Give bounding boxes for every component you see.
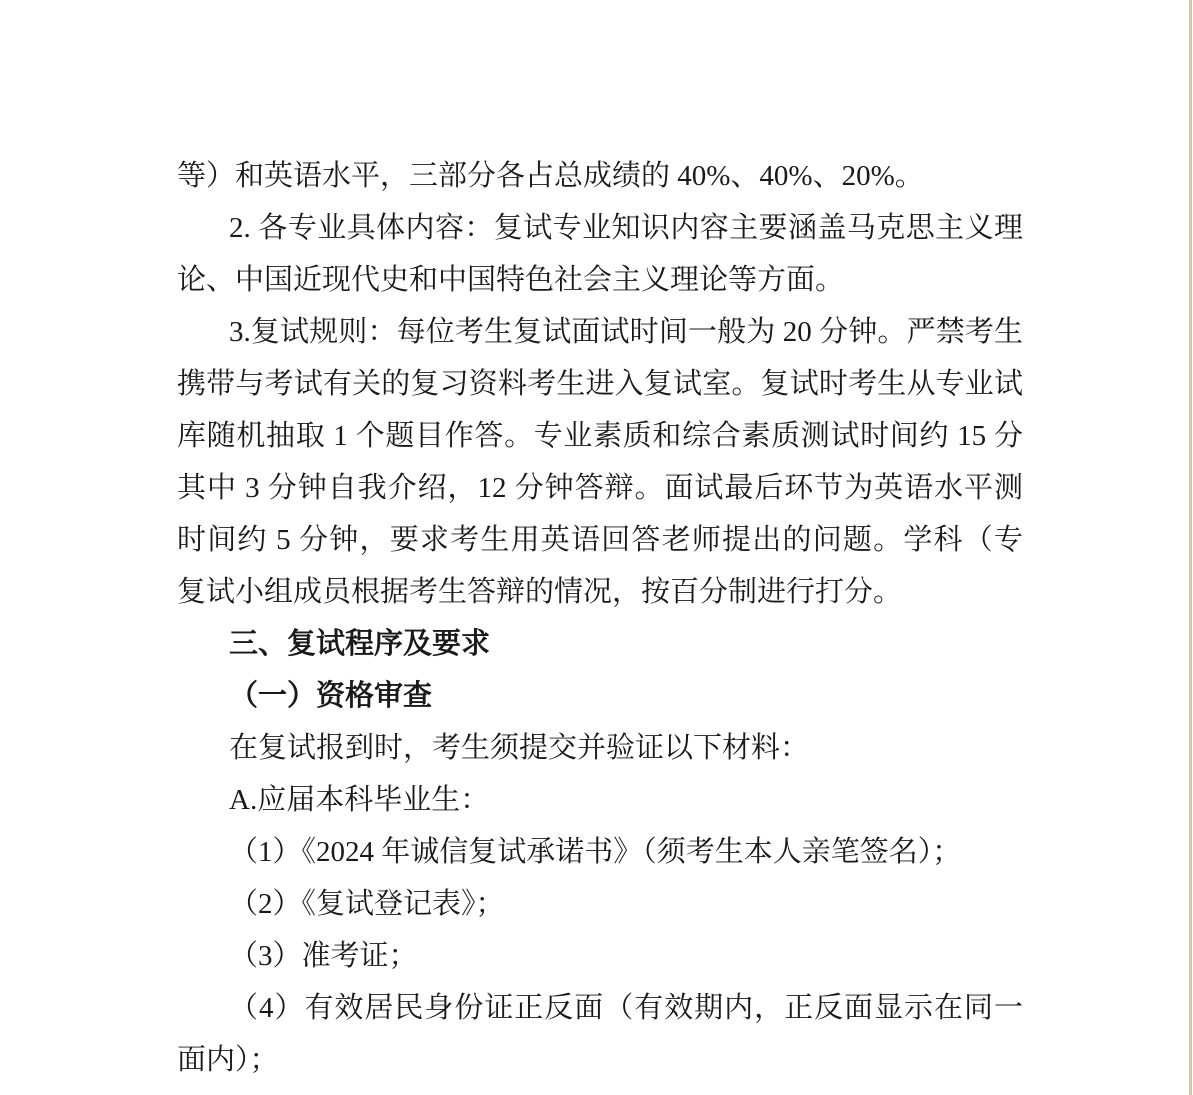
- list-item: （2）《复试登记表》；: [177, 878, 1023, 930]
- document-line: 复试小组成员根据考生答辩的情况，按百分制进行打分。: [177, 566, 1023, 618]
- document-line: 论、中国近现代史和中国特色社会主义理论等方面。: [177, 254, 1023, 306]
- section-heading: 三、复试程序及要求: [177, 618, 1023, 670]
- list-item: （1）《2024 年诚信复试承诺书》（须考生本人亲笔签名）；: [177, 826, 1023, 878]
- document-text-block: 等）和英语水平，三部分各占总成绩的 40%、40%、20%。 2. 各专业具体内…: [177, 150, 1023, 1086]
- document-line: 3.复试规则：每位考生复试面试时间一般为 20 分钟。严禁考生: [177, 306, 1023, 358]
- document-line: 2. 各专业具体内容：复试专业知识内容主要涵盖马克思主义理: [177, 202, 1023, 254]
- subsection-heading: （一）资格审查: [177, 670, 1023, 722]
- document-line: 在复试报到时，考生须提交并验证以下材料：: [177, 722, 1023, 774]
- list-item: （3）准考证；: [177, 930, 1023, 982]
- page-right-edge-line: [1189, 0, 1192, 1095]
- document-line: 等）和英语水平，三部分各占总成绩的 40%、40%、20%。: [177, 150, 1023, 202]
- document-line: 携带与考试有关的复习资料考生进入复试室。复试时考生从专业试题: [177, 358, 1023, 410]
- document-line: 库随机抽取 1 个题目作答。专业素质和综合素质测试时间约 15 分钟，: [177, 410, 1023, 462]
- document-line: 其中 3 分钟自我介绍，12 分钟答辩。面试最后环节为英语水平测试，: [177, 462, 1023, 514]
- document-line: 面内）；: [177, 1034, 1023, 1086]
- document-page: 等）和英语水平，三部分各占总成绩的 40%、40%、20%。 2. 各专业具体内…: [0, 0, 1193, 1095]
- document-line: A.应届本科毕业生：: [177, 774, 1023, 826]
- document-line: 时间约 5 分钟，要求考生用英语回答老师提出的问题。学科（专业）: [177, 514, 1023, 566]
- list-item: （4）有效居民身份证正反面（有效期内，正反面显示在同一页: [177, 982, 1023, 1034]
